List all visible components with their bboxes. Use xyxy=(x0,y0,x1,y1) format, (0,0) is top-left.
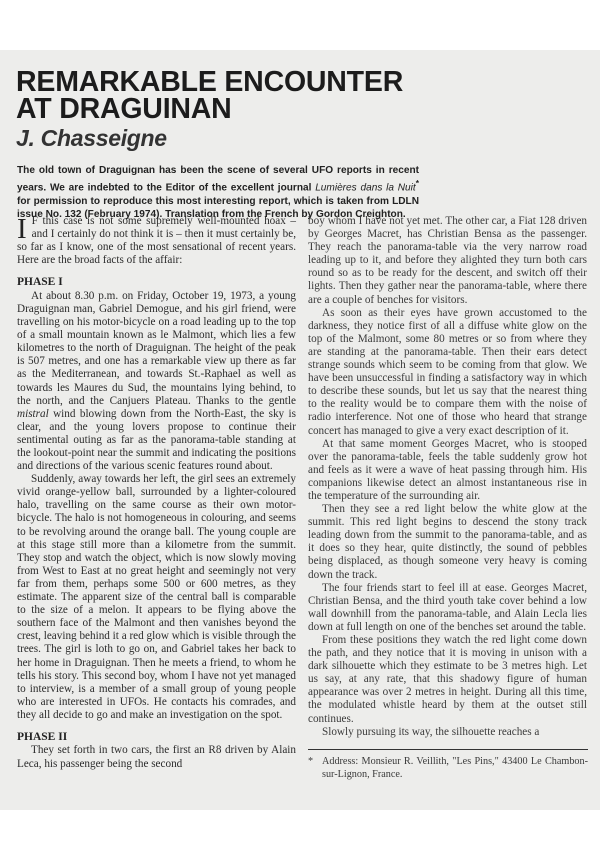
phase-1-paragraph-2: Suddenly, away towards her left, the gir… xyxy=(17,473,296,722)
article-intro: The old town of Draguignan has been the … xyxy=(17,164,419,221)
footnote-divider xyxy=(308,749,588,750)
phase-2-paragraph-7: Slowly pursuing its way, the silhouette … xyxy=(308,726,587,739)
phase-1-paragraph-1: At about 8.30 p.m. on Friday, October 19… xyxy=(17,290,296,473)
column-right: boy whom I have not yet met. The other c… xyxy=(308,215,587,739)
phase-2-paragraph-6: From these positions they watch the red … xyxy=(308,634,587,726)
phase-2-paragraph-5: The four friends start to feel ill at ea… xyxy=(308,582,587,634)
phase-1-heading: PHASE I xyxy=(17,276,296,290)
paragraph-text: At about 8.30 p.m. on Friday, October 19… xyxy=(17,290,296,407)
footnote: * Address: Monsieur R. Veillith, "Les Pi… xyxy=(308,756,588,781)
phase-2-paragraph-4: Then they see a red light below the whit… xyxy=(308,503,587,582)
document-page: REMARKABLE ENCOUNTER AT DRAGUINAN J. Cha… xyxy=(0,50,600,810)
footnote-reference: * xyxy=(416,178,419,188)
article-title: REMARKABLE ENCOUNTER AT DRAGUINAN xyxy=(16,69,436,123)
phase-2-paragraph-1: They set forth in two cars, the first an… xyxy=(17,744,296,770)
footnote-mark: * xyxy=(308,756,322,781)
mistral-italic: mistral xyxy=(17,408,49,420)
paragraph-text: wind blowing down from the North-East, t… xyxy=(17,408,296,472)
phase-2-paragraph-1-continued: boy whom I have not yet met. The other c… xyxy=(308,215,587,307)
column-left: IF this case is not some supremely well-… xyxy=(17,215,296,771)
drop-cap: I xyxy=(17,217,27,241)
opening-paragraph: IF this case is not some supremely well-… xyxy=(17,215,296,267)
article-author: J. Chasseigne xyxy=(16,125,167,151)
phase-2-heading: PHASE II xyxy=(17,731,296,745)
journal-name: Lumières dans la Nuit xyxy=(315,183,416,194)
phase-2-paragraph-2: As soon as their eyes have grown accusto… xyxy=(308,307,587,438)
opening-text: F this case is not some supremely well-m… xyxy=(17,215,296,266)
footnote-text: Address: Monsieur R. Veillith, "Les Pins… xyxy=(322,756,588,781)
phase-2-paragraph-3: At that same moment Georges Macret, who … xyxy=(308,438,587,503)
